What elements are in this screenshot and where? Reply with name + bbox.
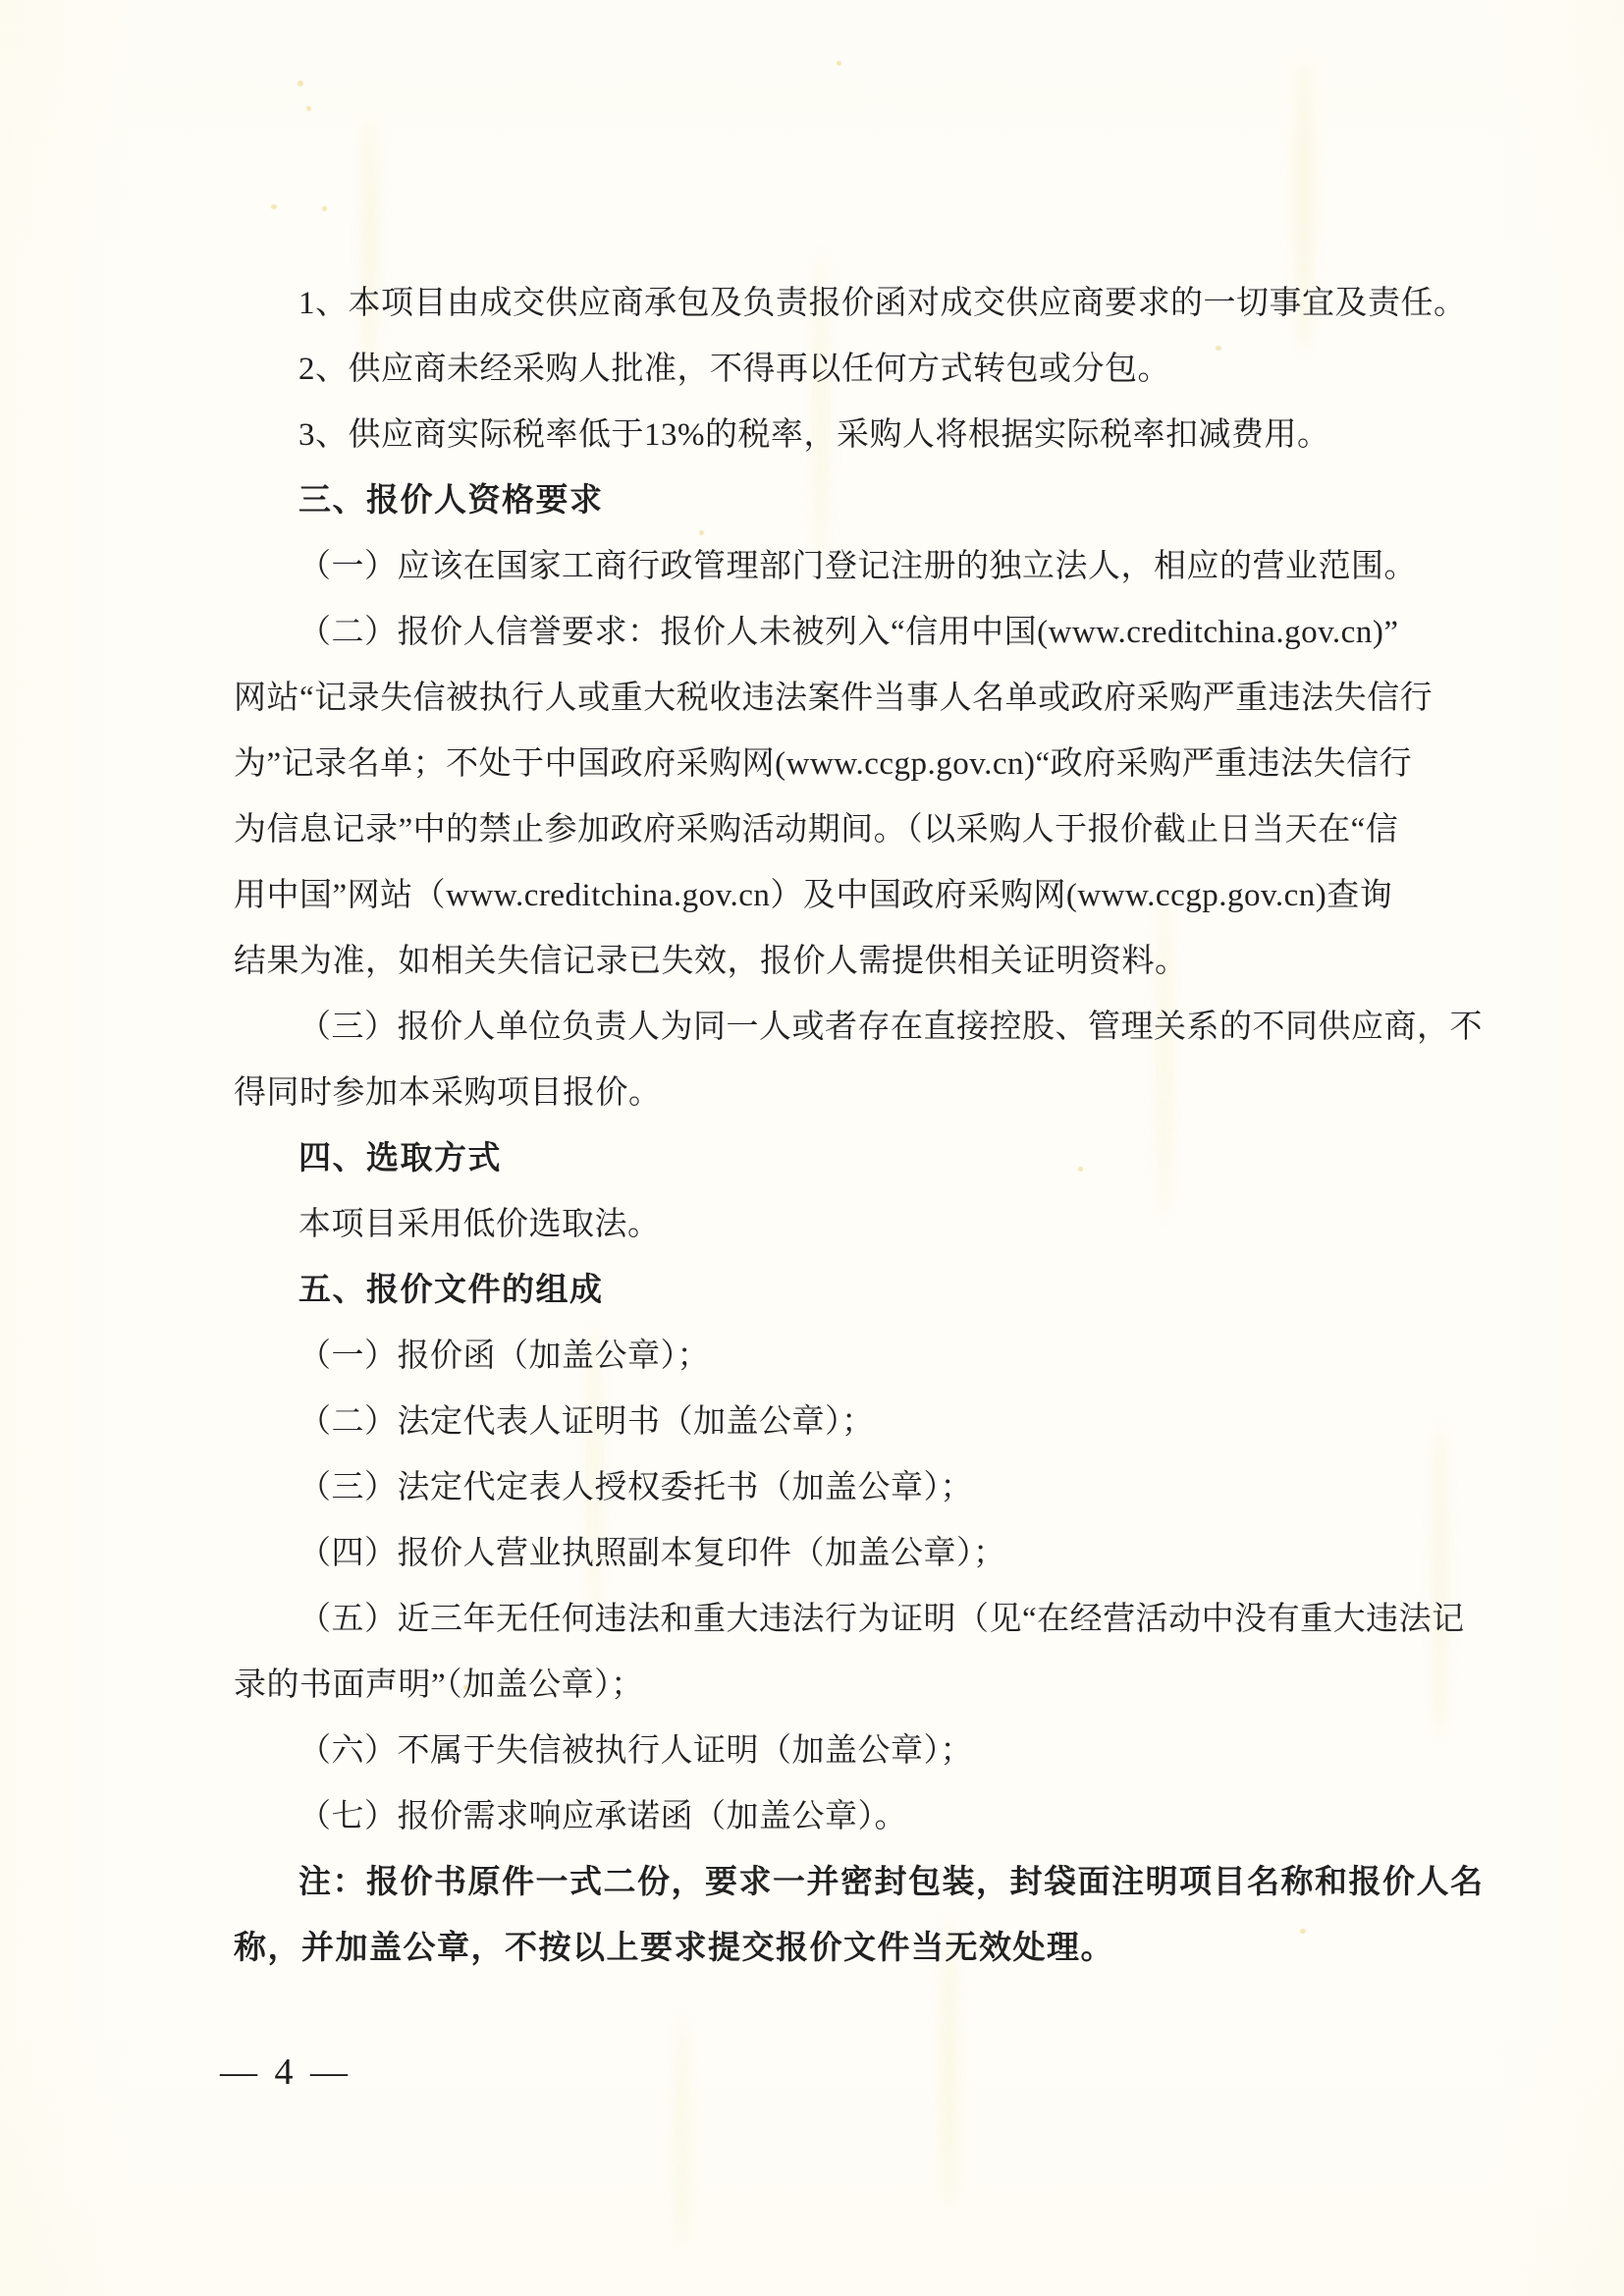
scan-speck — [298, 81, 303, 86]
scan-speck — [837, 61, 841, 66]
clause-line: 1、本项目由成交供应商承包及负责报价函对成交供应商要求的一切事宜及责任。 — [234, 271, 1451, 337]
list-item-line: （六）不属于失信被执行人证明（加盖公章）； — [234, 1719, 1451, 1784]
list-item-line: （三）法定代定表人授权委托书（加盖公章）； — [234, 1455, 1451, 1521]
clause-line: 用中国”网站（www.creditchina.gov.cn）及中国政府采购网(w… — [234, 863, 1451, 929]
section-heading-4: 四、选取方式 — [234, 1126, 1451, 1192]
clause-line: （三）报价人单位负责人为同一人或者存在直接控股、管理关系的不同供应商，不 — [234, 995, 1451, 1061]
clause-line: 得同时参加本采购项目报价。 — [234, 1061, 1451, 1126]
document-body: 1、本项目由成交供应商承包及负责报价函对成交供应商要求的一切事宜及责任。 2、供… — [234, 271, 1451, 1982]
scan-speck — [322, 206, 327, 211]
page-number: — 4 — — [220, 2050, 352, 2094]
scan-streak — [677, 2013, 687, 2249]
note-line: 注：报价书原件一式二份，要求一并密封包装，封袋面注明项目名称和报价人名 — [234, 1850, 1451, 1916]
clause-line: （二）报价人信誉要求：报价人未被列入“信用中国(www.creditchina.… — [234, 600, 1451, 666]
section-heading-5: 五、报价文件的组成 — [234, 1258, 1451, 1324]
scan-speck — [271, 204, 277, 209]
list-item-line: （五）近三年无任何违法和重大违法行为证明（见“在经营活动中没有重大违法记 — [234, 1587, 1451, 1653]
list-item-line: （二）法定代表人证明书（加盖公章）； — [234, 1390, 1451, 1455]
clause-line: 网站“记录失信被执行人或重大税收违法案件当事人名单或政府采购严重违法失信行 — [234, 666, 1451, 732]
list-item-line: （七）报价需求响应承诺函（加盖公章）。 — [234, 1784, 1451, 1850]
clause-line: 结果为准，如相关失信记录已失效，报价人需提供相关证明资料。 — [234, 929, 1451, 995]
clause-line: （一）应该在国家工商行政管理部门登记注册的独立法人，相应的营业范围。 — [234, 534, 1451, 600]
clause-line: 本项目采用低价选取法。 — [234, 1192, 1451, 1258]
scanned-document-page: { "page": { "background_color": "#fefdf8… — [0, 0, 1624, 2296]
clause-line: 为信息记录”中的禁止参加政府采购活动期间。（以采购人于报价截止日当天在“信 — [234, 797, 1451, 863]
list-item-line: （一）报价函（加盖公章）； — [234, 1324, 1451, 1390]
note-line: 称，并加盖公章，不按以上要求提交报价文件当无效处理。 — [234, 1916, 1451, 1982]
list-item-line: （四）报价人营业执照副本复印件（加盖公章）； — [234, 1521, 1451, 1587]
clause-line: 为”记录名单；不处于中国政府采购网(www.ccgp.gov.cn)“政府采购严… — [234, 732, 1451, 797]
clause-line: 3、供应商实际税率低于13%的税率，采购人将根据实际税率扣减费用。 — [234, 403, 1451, 468]
list-item-line: 录的书面声明”（加盖公章）； — [234, 1653, 1451, 1719]
scan-speck — [306, 106, 311, 111]
section-heading-3: 三、报价人资格要求 — [234, 468, 1451, 534]
clause-line: 2、供应商未经采购人批准，不得再以任何方式转包或分包。 — [234, 337, 1451, 403]
